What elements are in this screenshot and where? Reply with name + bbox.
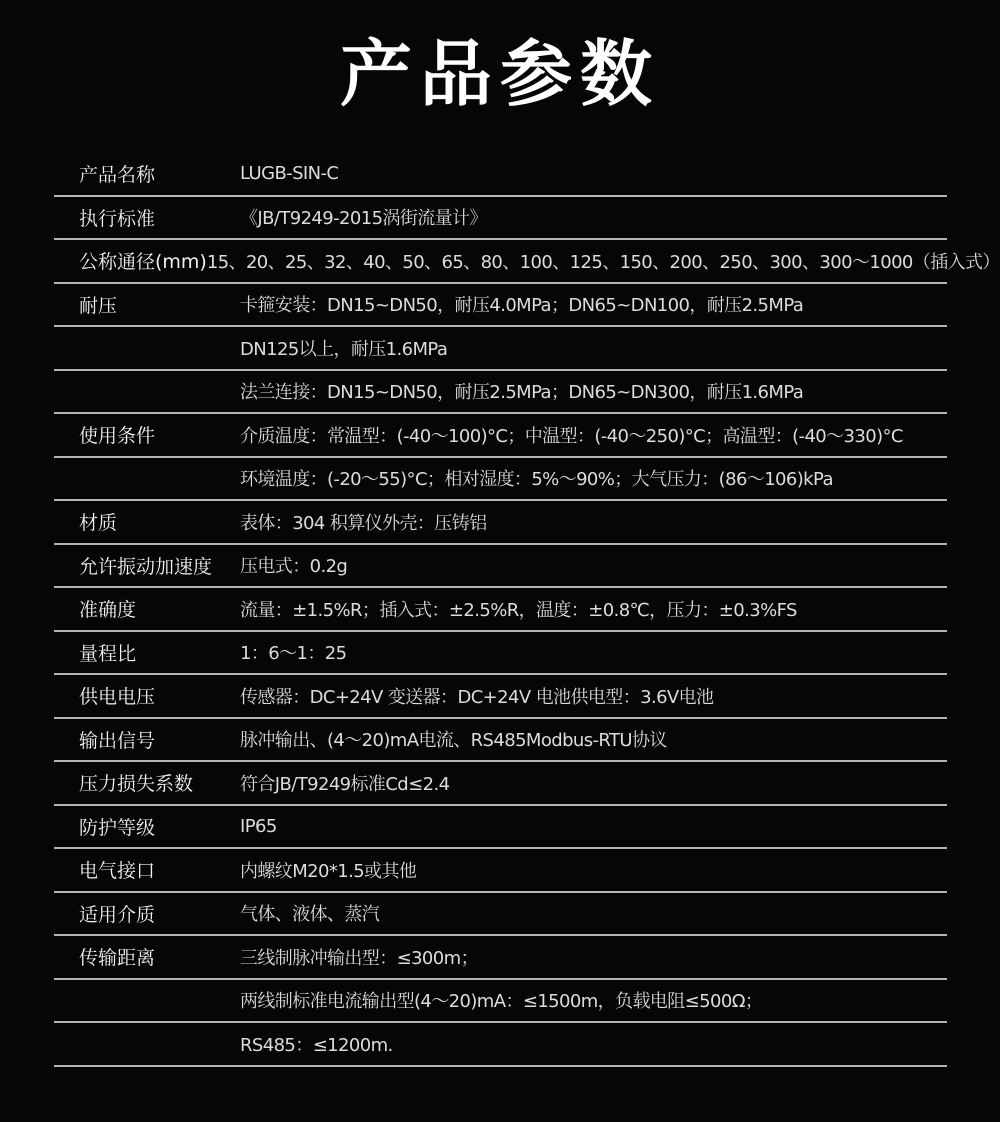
table-row: 准确度流量：±1.5%R；插入式：±2.5%R，温度：±0.8℃，压力：±0.3… [54, 588, 947, 632]
row-value: 流量：±1.5%R；插入式：±2.5%R，温度：±0.8℃，压力：±0.3%FS [240, 596, 797, 622]
row-label: 电气接口 [54, 856, 240, 883]
row-label: 传输距离 [54, 943, 240, 970]
table-row: 传输距离三线制脉冲输出型：≤300m； [54, 936, 947, 980]
row-value: 表体：304 积算仪外壳：压铸铝 [240, 509, 486, 535]
row-label: 输出信号 [54, 726, 240, 753]
row-label: 压力损失系数 [54, 769, 240, 796]
row-value: RS485：≤1200m. [240, 1031, 393, 1057]
table-row: 量程比 1：6～1：25 [54, 632, 947, 676]
table-row: 压力损失系数符合JB/T9249标准Cd≤2.4 [54, 762, 947, 806]
table-row: 产品名称LUGB-SIN-C [54, 153, 947, 197]
spec-table: 产品名称LUGB-SIN-C 执行标准《JB/T9249-2015涡街流量计》 … [54, 153, 947, 1067]
row-value: LUGB-SIN-C [240, 163, 338, 184]
row-label: 适用介质 [54, 900, 240, 927]
table-row: 电气接口内螺纹M20*1.5或其他 [54, 849, 947, 893]
table-row: 材质表体：304 积算仪外壳：压铸铝 [54, 501, 947, 545]
row-label: 耐压 [54, 291, 240, 318]
row-label: 使用条件 [54, 421, 240, 448]
page-title: 产品参数 [0, 26, 1000, 122]
row-label: 准确度 [54, 595, 240, 622]
table-row: DN125以上，耐压1.6MPa [54, 327, 947, 371]
table-row: RS485：≤1200m. [54, 1023, 947, 1067]
table-row: 耐压卡箍安装：DN15~DN50，耐压4.0MPa；DN65~DN100，耐压2… [54, 284, 947, 328]
row-value: 传感器：DC+24V 变送器：DC+24V 电池供电型：3.6V电池 [240, 683, 713, 709]
table-row: 公称通径(mm)15、20、25、32、40、50、65、80、100、125、… [54, 240, 947, 284]
row-label: 量程比 [54, 639, 240, 666]
row-label: 允许振动加速度 [54, 552, 240, 579]
row-label: 材质 [54, 508, 240, 535]
row-value: 气体、液体、蒸汽 [240, 900, 379, 926]
table-row: 使用条件介质温度：常温型：(-40～100)°C；中温型：(-40～250)°C… [54, 414, 947, 458]
row-value: 三线制脉冲输出型：≤300m； [240, 944, 478, 970]
row-value: 环境温度：(-20～55)°C；相对湿度：5%～90%；大气压力：(86～106… [240, 465, 833, 491]
table-row: 法兰连接：DN15~DN50，耐压2.5MPa；DN65~DN300，耐压1.6… [54, 371, 947, 415]
row-value: 内螺纹M20*1.5或其他 [240, 857, 416, 883]
table-row: 环境温度：(-20～55)°C；相对湿度：5%～90%；大气压力：(86～106… [54, 458, 947, 502]
table-row: 适用介质气体、液体、蒸汽 [54, 893, 947, 937]
row-value: 卡箍安装：DN15~DN50，耐压4.0MPa；DN65~DN100，耐压2.5… [240, 291, 803, 317]
table-row: 防护等级IP65 [54, 806, 947, 850]
table-row: 输出信号脉冲输出、(4～20)mA电流、RS485Modbus-RTU协议 [54, 719, 947, 763]
table-row: 允许振动加速度压电式：0.2g [54, 545, 947, 589]
row-value: IP65 [240, 816, 277, 837]
row-value: 法兰连接：DN15~DN50，耐压2.5MPa；DN65~DN300，耐压1.6… [240, 378, 803, 404]
row-value: 1：6～1：25 [240, 639, 346, 665]
row-value: 介质温度：常温型：(-40～100)°C；中温型：(-40～250)°C；高温型… [240, 422, 903, 448]
row-label: 公称通径(mm) [54, 247, 207, 274]
row-value: 脉冲输出、(4～20)mA电流、RS485Modbus-RTU协议 [240, 726, 667, 752]
table-row: 两线制标准电流输出型(4～20)mA：≤1500m，负载电阻≤500Ω； [54, 980, 947, 1024]
row-label: 产品名称 [54, 160, 240, 187]
row-label: 执行标准 [54, 204, 240, 231]
row-value: 《JB/T9249-2015涡街流量计》 [240, 204, 487, 230]
row-value: 两线制标准电流输出型(4～20)mA：≤1500m，负载电阻≤500Ω； [240, 987, 762, 1013]
table-row: 执行标准《JB/T9249-2015涡街流量计》 [54, 197, 947, 241]
row-value: 符合JB/T9249标准Cd≤2.4 [240, 770, 449, 796]
table-row: 供电电压传感器：DC+24V 变送器：DC+24V 电池供电型：3.6V电池 [54, 675, 947, 719]
row-label: 防护等级 [54, 813, 240, 840]
row-label: 供电电压 [54, 682, 240, 709]
row-value: DN125以上，耐压1.6MPa [240, 335, 447, 361]
row-value: 压电式：0.2g [240, 552, 347, 578]
row-value: 15、20、25、32、40、50、65、80、100、125、150、200、… [207, 248, 1000, 274]
